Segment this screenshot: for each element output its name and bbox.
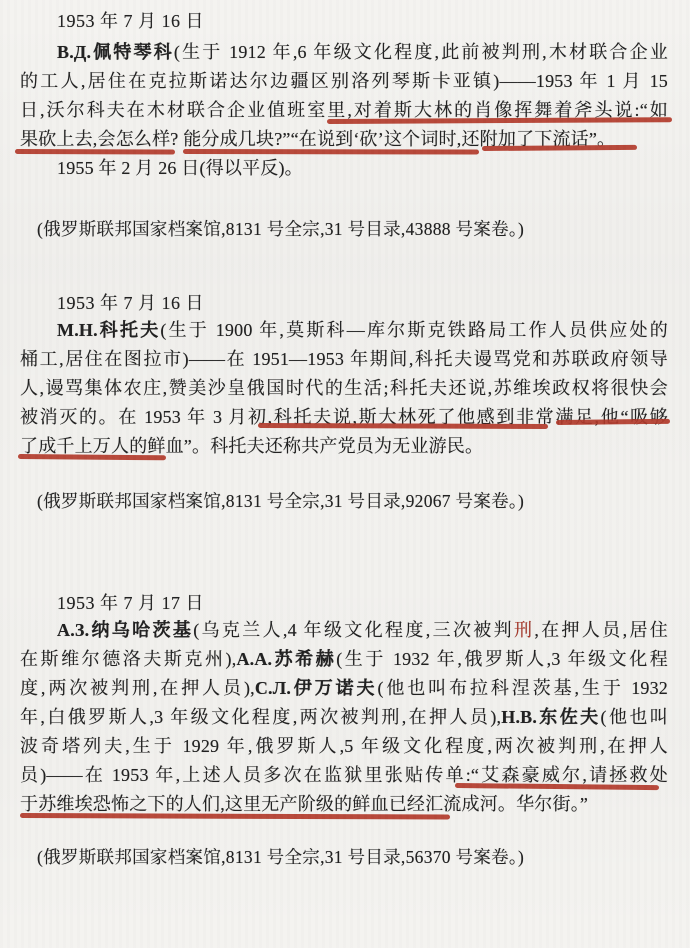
text-segment: 员)——在 1953 年,上述人员多次在监狱里张贴传单:“艾森豪威尔,请拯救处 bbox=[20, 765, 668, 785]
text-line: 的工人,居住在克拉斯诺达尔边疆区别洛列琴斯卡亚镇)——1953 年 1 月 15 bbox=[20, 67, 668, 96]
red-printed-char: 刑 bbox=[514, 620, 534, 640]
red-underline bbox=[15, 149, 175, 154]
text-segment: 1955 年 2 月 26 日(得以平反)。 bbox=[57, 158, 303, 178]
text-line: 1955 年 2 月 26 日(得以平反)。 bbox=[20, 154, 668, 183]
person-name: С.Л.伊万诺夫 bbox=[255, 678, 378, 698]
text-segment: 波奇塔列夫,生于 1929 年,俄罗斯人,5 年级文化程度,两次被判刑,在押人 bbox=[20, 736, 668, 756]
text-line: 度,两次被判刑,在押人员),С.Л.伊万诺夫(他也叫布拉科涅茨基,生于 1932 bbox=[20, 674, 668, 703]
text-segment: ,在押人员,居住 bbox=[534, 620, 668, 640]
text-segment: 的工人,居住在克拉斯诺达尔边疆区别洛列琴斯卡亚镇)——1953 年 1 月 15 bbox=[20, 71, 668, 91]
text-line: В.Д.佩特琴科(生于 1912 年,6 年级文化程度,此前被判刑,木材联合企业 bbox=[20, 38, 668, 67]
text-line: 年,白俄罗斯人,3 年级文化程度,两次被判刑,在押人员),Н.В.东佐夫(他也叫 bbox=[20, 703, 668, 732]
archive-citation: (俄罗斯联邦国家档案馆,8131 号全宗,31 号目录,43888 号案卷。) bbox=[37, 216, 524, 242]
archive-citation: (俄罗斯联邦国家档案馆,8131 号全宗,31 号目录,92067 号案卷。) bbox=[37, 488, 524, 514]
text-segment: 度,两次被判刑,在押人员), bbox=[20, 678, 255, 698]
entry-date: 1953 年 7 月 16 日 bbox=[57, 290, 204, 316]
text-line: 波奇塔列夫,生于 1929 年,俄罗斯人,5 年级文化程度,两次被判刑,在押人 bbox=[20, 732, 668, 761]
text-line: 桶工,居住在图拉市)——在 1951—1953 年期间,科托夫谩骂党和苏联政府领… bbox=[20, 345, 668, 374]
text-line: М.Н.科托夫(生于 1900 年,莫斯科—库尔斯克铁路局工作人员供应处的 bbox=[20, 316, 668, 345]
text-segment: (他也叫布拉科涅茨基,生于 1932 bbox=[377, 678, 668, 698]
text-segment: 在斯维尔德洛夫斯克州), bbox=[20, 649, 236, 669]
person-name: М.Н.科托夫 bbox=[57, 320, 160, 340]
text-segment: (生于 1932 年,俄罗斯人,3 年级文化程 bbox=[336, 649, 668, 669]
entry-date: 1953 年 7 月 16 日 bbox=[57, 8, 204, 34]
text-segment: (他也叫 bbox=[601, 707, 668, 727]
text-segment: 桶工,居住在图拉市)——在 1951—1953 年期间,科托夫谩骂党和苏联政府领… bbox=[20, 349, 668, 369]
person-name: А.А.苏希赫 bbox=[236, 649, 336, 669]
text-segment: 年,白俄罗斯人,3 年级文化程度,两次被判刑,在押人员), bbox=[20, 707, 501, 727]
person-name: Н.В.东佐夫 bbox=[501, 707, 600, 727]
text-segment: 人,谩骂集体农庄,赞美沙皇俄国时代的生活;科托夫还说,苏维埃政权将很快会 bbox=[20, 378, 668, 398]
text-line: А.З.纳乌哈茨基(乌克兰人,4 年级文化程度,三次被判刑,在押人员,居住 bbox=[20, 616, 668, 645]
document-page: 1953 年 7 月 16 日В.Д.佩特琴科(生于 1912 年,6 年级文化… bbox=[0, 0, 690, 948]
text-segment: 了成千上万人的鲜血”。科托夫还称共产党员为无业游民。 bbox=[20, 436, 483, 456]
red-underline bbox=[183, 149, 479, 154]
person-name: В.Д.佩特琴科 bbox=[57, 42, 174, 62]
archive-citation: (俄罗斯联邦国家档案馆,8131 号全宗,31 号目录,56370 号案卷。) bbox=[37, 844, 524, 870]
text-segment: (生于 1912 年,6 年级文化程度,此前被判刑,木材联合企业 bbox=[174, 42, 668, 62]
text-segment: (乌克兰人,4 年级文化程度,三次被判 bbox=[193, 620, 514, 640]
text-line: 在斯维尔德洛夫斯克州),А.А.苏希赫(生于 1932 年,俄罗斯人,3 年级文… bbox=[20, 645, 668, 674]
text-segment: 于苏维埃恐怖之下的人们,这里无产阶级的鲜血已经汇流成河。华尔街。” bbox=[20, 794, 588, 814]
text-segment: (生于 1900 年,莫斯科—库尔斯克铁路局工作人员供应处的 bbox=[160, 320, 668, 340]
person-name: А.З.纳乌哈茨基 bbox=[57, 620, 193, 640]
entry-date: 1953 年 7 月 17 日 bbox=[57, 590, 204, 616]
text-line: 人,谩骂集体农庄,赞美沙皇俄国时代的生活;科托夫还说,苏维埃政权将很快会 bbox=[20, 374, 668, 403]
